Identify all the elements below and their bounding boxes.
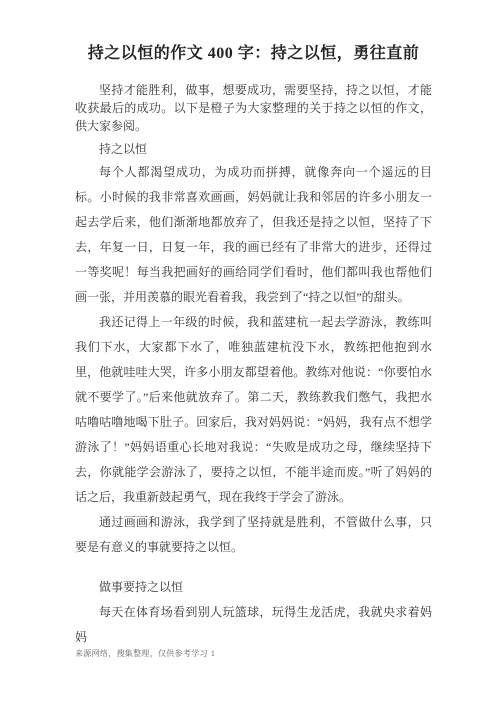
section-heading-2: 做事要持之以恒	[75, 575, 432, 600]
document-page: 持之以恒的作文 400 字：持之以恒，勇往直前 坚持才能胜利，做事，想要成功，需…	[0, 0, 500, 707]
section-heading-1: 持之以恒	[75, 140, 432, 158]
body-paragraph-3: 通过画画和游泳，我学到了坚持就是胜利，不管做什么事，只要是有意义的事就要持之以恒…	[75, 510, 432, 560]
page-title: 持之以恒的作文 400 字：持之以恒，勇往直前	[75, 42, 432, 66]
footer-source-note: 来源网络，搜集整理，仅供参考学习	[75, 649, 208, 658]
body-paragraph-1: 每个人都渴望成功，为成功而拼搏，就像奔向一个遥远的目标。小时候的我非常喜欢画画，…	[75, 160, 432, 310]
document-content: 持之以恒的作文 400 字：持之以恒，勇往直前 坚持才能胜利，做事，想要成功，需…	[0, 0, 500, 650]
body-paragraph-2: 我还记得上一年级的时候，我和蓝建杭一起去学游泳，教练叫我们下水，大家都下水了，唯…	[75, 310, 432, 510]
intro-paragraph: 坚持才能胜利，做事，想要成功，需要坚持，持之以恒，才能收获最后的成功。以下是橙子…	[75, 81, 432, 135]
body-paragraph-4: 每天在体育场看到别人玩篮球，玩得生龙活虎，我就央求着妈妈	[75, 600, 432, 650]
page-footer: 来源网络，搜集整理，仅供参考学习1	[75, 648, 215, 659]
page-number: 1	[211, 649, 215, 658]
